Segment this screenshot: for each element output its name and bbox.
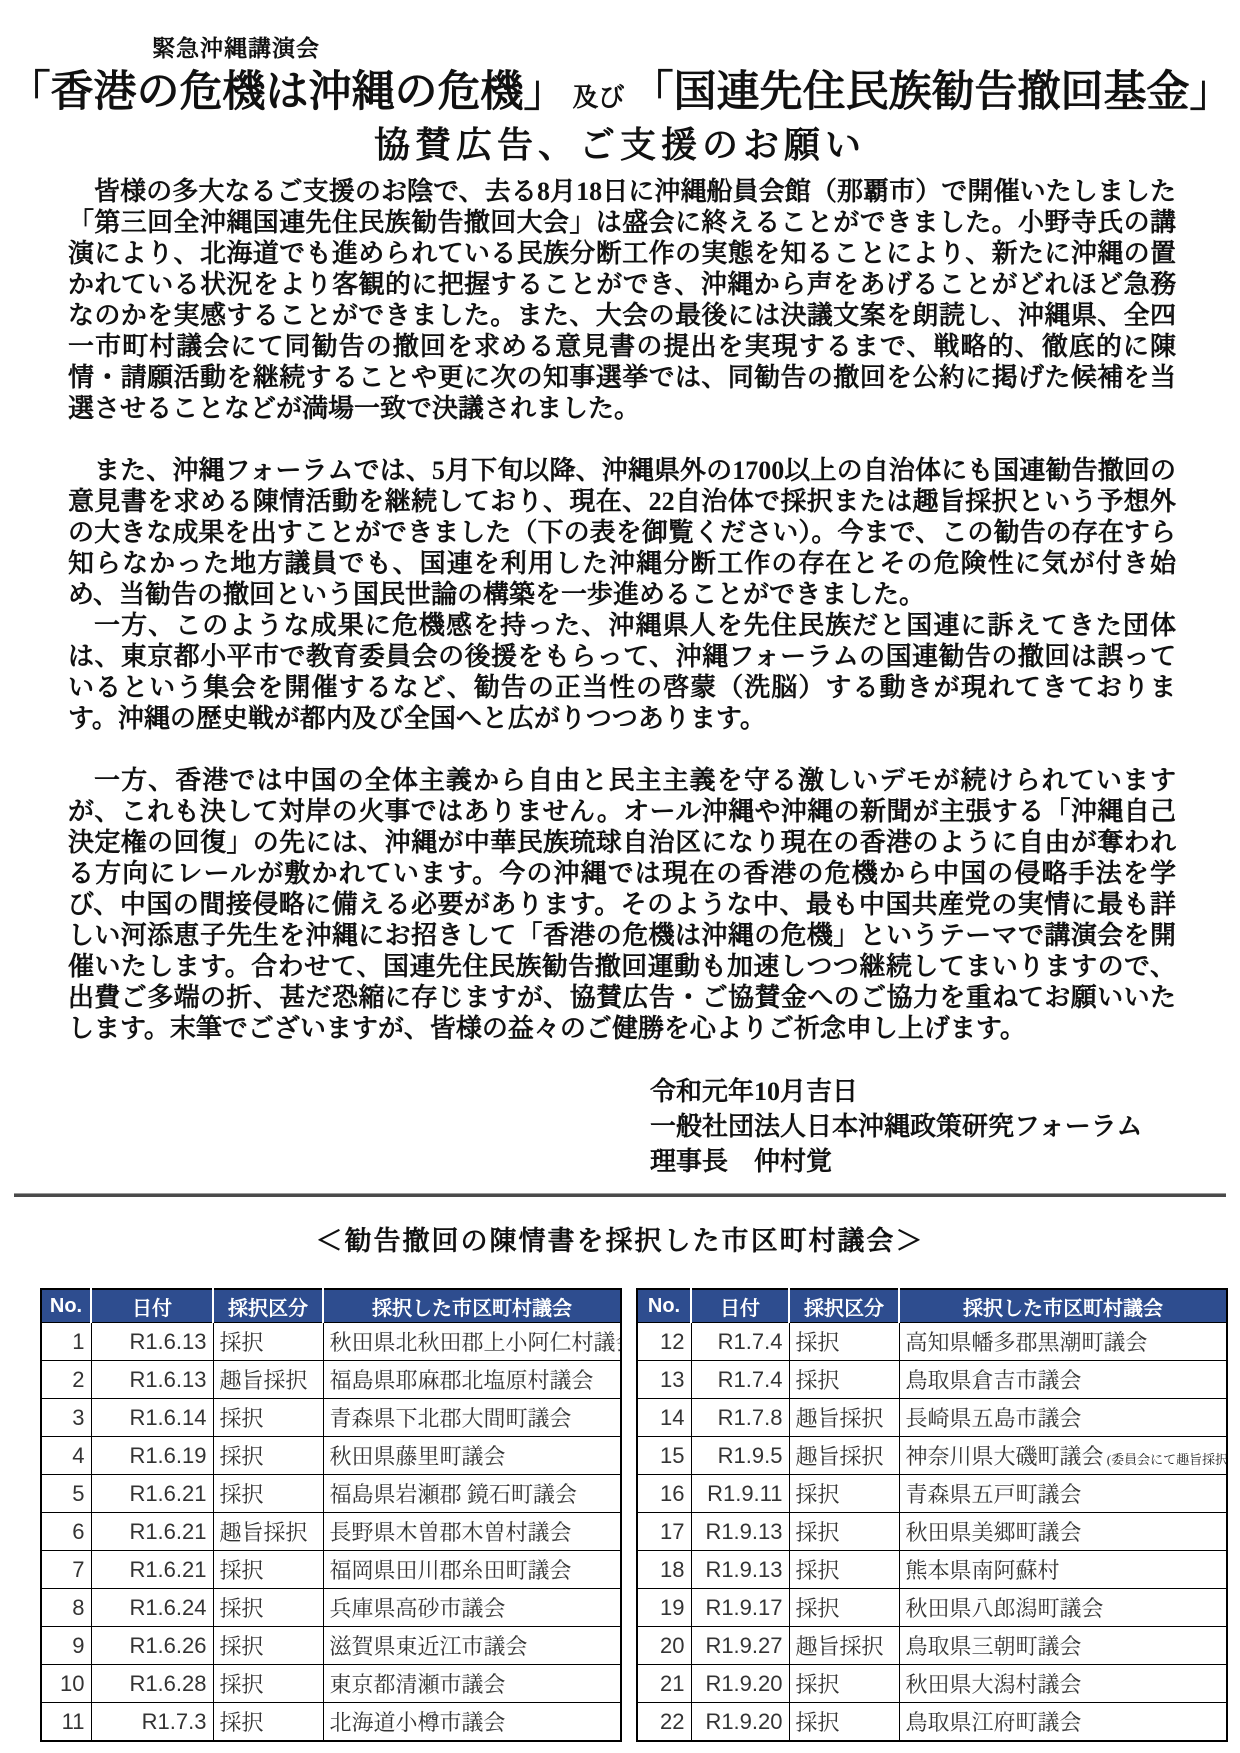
paragraph-4: 一方、香港では中国の全体主義から自由と民主主義を守る激しいデモが続けられています…: [68, 765, 1176, 1044]
cell-type: 採択: [213, 1589, 323, 1627]
cell-no: 4: [41, 1437, 91, 1475]
cell-type: 採択: [789, 1513, 899, 1551]
table-row: 13R1.7.4採択鳥取県倉吉市議会: [637, 1361, 1227, 1399]
table-row: 17R1.9.13採択秋田県美郷町議会: [637, 1513, 1227, 1551]
table-row: 6R1.6.21趣旨採択長野県木曽郡木曽村議会: [41, 1513, 621, 1551]
table-row: 2R1.6.13趣旨採択福島県耶麻郡北塩原村議会: [41, 1361, 621, 1399]
cell-council: 滋賀県東近江市議会: [323, 1627, 621, 1665]
cell-council: 熊本県南阿蘇村: [899, 1551, 1227, 1589]
cell-type: 趣旨採択: [789, 1627, 899, 1665]
cell-date: R1.7.8: [691, 1399, 789, 1437]
cell-no: 15: [637, 1437, 691, 1475]
cell-type: 趣旨採択: [789, 1437, 899, 1475]
table-row: 16R1.9.11採択青森県五戸町議会: [637, 1475, 1227, 1513]
cell-date: R1.9.5: [691, 1437, 789, 1475]
cell-council: 高知県幡多郡黒潮町議会: [899, 1323, 1227, 1361]
cell-date: R1.9.17: [691, 1589, 789, 1627]
cell-date: R1.9.13: [691, 1513, 789, 1551]
cell-council: 神奈川県大磯町議会 (委員会にて趣旨採択): [899, 1437, 1227, 1475]
paragraph-2: また、沖縄フォーラムでは、5月下旬以降、沖縄県外の1700以上の自治体にも国連勧…: [68, 455, 1176, 610]
cell-date: R1.6.28: [91, 1665, 213, 1703]
table-row: 8R1.6.24採択兵庫県高砂市議会: [41, 1589, 621, 1627]
cell-no: 12: [637, 1323, 691, 1361]
table-row: 1R1.6.13採択秋田県北秋田郡上小阿仁村議会: [41, 1323, 621, 1361]
cell-no: 6: [41, 1513, 91, 1551]
cell-no: 16: [637, 1475, 691, 1513]
cell-date: R1.6.21: [91, 1513, 213, 1551]
cell-date: R1.9.27: [691, 1627, 789, 1665]
cell-date: R1.6.24: [91, 1589, 213, 1627]
column-header-no: No.: [41, 1289, 91, 1323]
cell-council: 福島県耶麻郡北塩原村議会: [323, 1361, 621, 1399]
cell-date: R1.6.21: [91, 1475, 213, 1513]
column-header-council: 採択した市区町村議会: [323, 1289, 621, 1323]
cell-no: 5: [41, 1475, 91, 1513]
signature-block: 令和元年10月吉日 一般社団法人日本沖縄政策研究フォーラム 理事長 仲村覚: [650, 1074, 1142, 1179]
adopted-councils-table-left: No. 日付 採択区分 採択した市区町村議会 1R1.6.13採択秋田県北秋田郡…: [40, 1288, 622, 1742]
cell-type: 趣旨採択: [789, 1399, 899, 1437]
cell-type: 趣旨採択: [213, 1361, 323, 1399]
cell-type: 採択: [789, 1589, 899, 1627]
cell-type: 採択: [789, 1475, 899, 1513]
council-note: (委員会にて趣旨採択): [1104, 1452, 1227, 1467]
cell-council: 秋田県北秋田郡上小阿仁村議会: [323, 1323, 621, 1361]
cell-council: 福岡県田川郡糸田町議会: [323, 1551, 621, 1589]
cell-type: 採択: [789, 1665, 899, 1703]
column-header-date: 日付: [91, 1289, 213, 1323]
cell-type: 採択: [789, 1361, 899, 1399]
cell-type: 採択: [213, 1399, 323, 1437]
cell-type: 採択: [213, 1627, 323, 1665]
table-row: 11R1.7.3採択北海道小樽市議会: [41, 1703, 621, 1742]
page-title: 「香港の危機は沖縄の危機」及び「国連先住民族勧告撤回基金」: [0, 58, 1240, 119]
table-row: 12R1.7.4採択高知県幡多郡黒潮町議会: [637, 1323, 1227, 1361]
paragraph-1: 皆様の多大なるご支援のお陰で、去る8月18日に沖縄船員会館（那覇市）で開催いたし…: [68, 176, 1176, 424]
page-subtitle: 協賛広告、ご支援のお願い: [0, 117, 1240, 168]
cell-date: R1.7.3: [91, 1703, 213, 1742]
horizontal-divider: [14, 1193, 1226, 1197]
cell-date: R1.6.26: [91, 1627, 213, 1665]
cell-date: R1.6.21: [91, 1551, 213, 1589]
cell-council: 東京都清瀬市議会: [323, 1665, 621, 1703]
cell-date: R1.6.13: [91, 1323, 213, 1361]
cell-date: R1.7.4: [691, 1323, 789, 1361]
cell-date: R1.6.13: [91, 1361, 213, 1399]
cell-no: 9: [41, 1627, 91, 1665]
cell-type: 採択: [213, 1475, 323, 1513]
table-row: 7R1.6.21採択福岡県田川郡糸田町議会: [41, 1551, 621, 1589]
table-section-heading: ＜勧告撤回の陳情書を採択した市区町村議会＞: [0, 1219, 1240, 1258]
cell-no: 20: [637, 1627, 691, 1665]
cell-no: 17: [637, 1513, 691, 1551]
cell-council: 鳥取県三朝町議会: [899, 1627, 1227, 1665]
cell-no: 13: [637, 1361, 691, 1399]
table-row: 5R1.6.21採択福島県岩瀬郡 鏡石町議会: [41, 1475, 621, 1513]
column-header-no: No.: [637, 1289, 691, 1323]
table-row: 9R1.6.26採択滋賀県東近江市議会: [41, 1627, 621, 1665]
title-conjunction: 及び: [566, 83, 630, 112]
cell-no: 19: [637, 1589, 691, 1627]
cell-council: 福島県岩瀬郡 鏡石町議会: [323, 1475, 621, 1513]
signature-org: 一般社団法人日本沖縄政策研究フォーラム: [650, 1109, 1142, 1144]
cell-council: 青森県五戸町議会: [899, 1475, 1227, 1513]
body-text: 皆様の多大なるご支援のお陰で、去る8月18日に沖縄船員会館（那覇市）で開催いたし…: [68, 176, 1176, 1076]
table-row: 22R1.9.20採択鳥取県江府町議会: [637, 1703, 1227, 1742]
cell-type: 採択: [213, 1437, 323, 1475]
paragraph-3: 一方、このような成果に危機感を持った、沖縄県人を先住民族だと国連に訴えてきた団体…: [68, 610, 1176, 734]
cell-type: 採択: [789, 1323, 899, 1361]
cell-type: 採択: [213, 1665, 323, 1703]
cell-no: 14: [637, 1399, 691, 1437]
cell-type: 採択: [213, 1551, 323, 1589]
cell-no: 18: [637, 1551, 691, 1589]
cell-council: 長野県木曽郡木曽村議会: [323, 1513, 621, 1551]
cell-council: 秋田県八郎潟町議会: [899, 1589, 1227, 1627]
table-header: No. 日付 採択区分 採択した市区町村議会: [637, 1289, 1227, 1323]
column-header-council: 採択した市区町村議会: [899, 1289, 1227, 1323]
column-header-date: 日付: [691, 1289, 789, 1323]
table-row: 18R1.9.13採択熊本県南阿蘇村: [637, 1551, 1227, 1589]
cell-council: 鳥取県江府町議会: [899, 1703, 1227, 1742]
cell-type: 採択: [789, 1551, 899, 1589]
cell-no: 21: [637, 1665, 691, 1703]
table-row: 10R1.6.28採択東京都清瀬市議会: [41, 1665, 621, 1703]
cell-no: 11: [41, 1703, 91, 1742]
table-row: 4R1.6.19採択秋田県藤里町議会: [41, 1437, 621, 1475]
cell-no: 8: [41, 1589, 91, 1627]
table-row: 15R1.9.5趣旨採択神奈川県大磯町議会 (委員会にて趣旨採択): [637, 1437, 1227, 1475]
cell-date: R1.9.11: [691, 1475, 789, 1513]
cell-no: 22: [637, 1703, 691, 1742]
table-row: 19R1.9.17採択秋田県八郎潟町議会: [637, 1589, 1227, 1627]
cell-no: 7: [41, 1551, 91, 1589]
cell-date: R1.9.13: [691, 1551, 789, 1589]
cell-date: R1.7.4: [691, 1361, 789, 1399]
document-page: 緊急沖縄講演会 「香港の危機は沖縄の危機」及び「国連先住民族勧告撤回基金」 協賛…: [0, 0, 1240, 1753]
cell-council: 秋田県藤里町議会: [323, 1437, 621, 1475]
cell-council: 長崎県五島市議会: [899, 1399, 1227, 1437]
title-part-2: 「国連先住民族勧告撤回基金」: [631, 69, 1233, 116]
cell-date: R1.9.20: [691, 1665, 789, 1703]
cell-type: 採択: [789, 1703, 899, 1742]
cell-date: R1.6.14: [91, 1399, 213, 1437]
cell-council: 北海道小樽市議会: [323, 1703, 621, 1742]
table-row: 20R1.9.27趣旨採択鳥取県三朝町議会: [637, 1627, 1227, 1665]
column-header-type: 採択区分: [213, 1289, 323, 1323]
signature-title: 理事長 仲村覚: [650, 1144, 1142, 1179]
cell-date: R1.6.19: [91, 1437, 213, 1475]
column-header-type: 採択区分: [789, 1289, 899, 1323]
title-part-1: 「香港の危機は沖縄の危機」: [7, 69, 566, 116]
table-row: 3R1.6.14採択青森県下北郡大間町議会: [41, 1399, 621, 1437]
cell-council: 秋田県美郷町議会: [899, 1513, 1227, 1551]
cell-date: R1.9.20: [691, 1703, 789, 1742]
cell-no: 3: [41, 1399, 91, 1437]
cell-type: 採択: [213, 1703, 323, 1742]
cell-council: 秋田県大潟村議会: [899, 1665, 1227, 1703]
signature-date: 令和元年10月吉日: [650, 1074, 1142, 1109]
cell-council: 兵庫県高砂市議会: [323, 1589, 621, 1627]
cell-type: 採択: [213, 1323, 323, 1361]
cell-council: 鳥取県倉吉市議会: [899, 1361, 1227, 1399]
cell-no: 2: [41, 1361, 91, 1399]
cell-no: 1: [41, 1323, 91, 1361]
table-header: No. 日付 採択区分 採択した市区町村議会: [41, 1289, 621, 1323]
table-row: 21R1.9.20採択秋田県大潟村議会: [637, 1665, 1227, 1703]
cell-council: 青森県下北郡大間町議会: [323, 1399, 621, 1437]
adopted-councils-table-right: No. 日付 採択区分 採択した市区町村議会 12R1.7.4採択高知県幡多郡黒…: [636, 1288, 1228, 1742]
cell-type: 趣旨採択: [213, 1513, 323, 1551]
cell-no: 10: [41, 1665, 91, 1703]
table-row: 14R1.7.8趣旨採択長崎県五島市議会: [637, 1399, 1227, 1437]
